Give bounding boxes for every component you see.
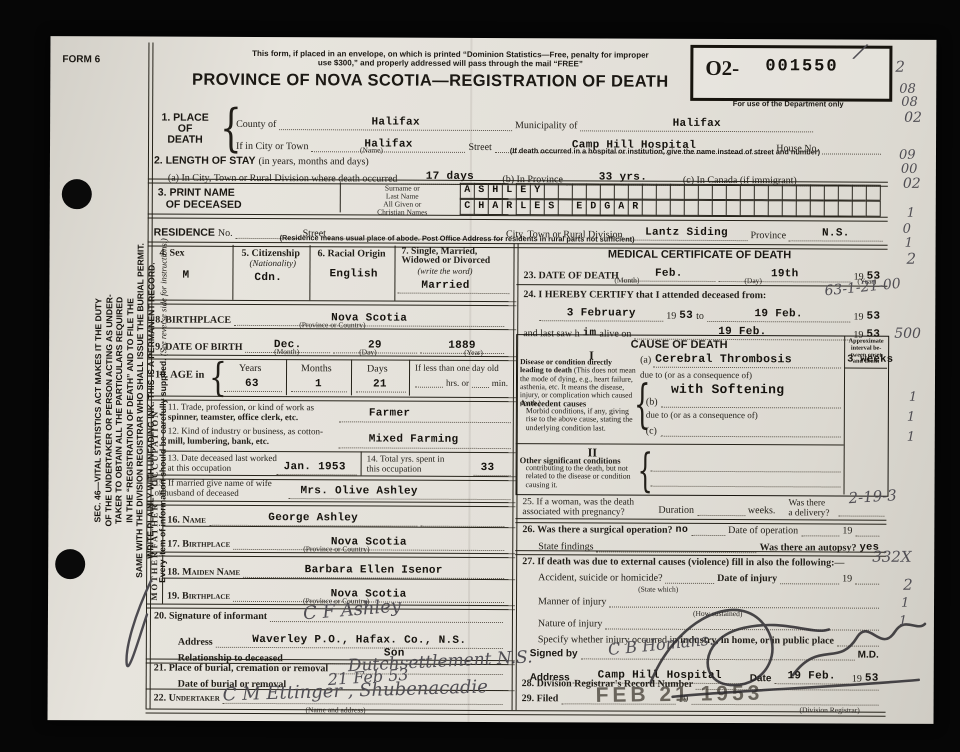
- birthplace-label: 8. BIRTHPLACE: [155, 315, 231, 326]
- letter-cell: H: [474, 199, 488, 215]
- rule: [339, 447, 511, 449]
- rule: [397, 293, 509, 294]
- rule: [356, 391, 406, 392]
- rule: [147, 354, 516, 361]
- letter-cell: [740, 200, 754, 216]
- margin-note: 1: [907, 206, 915, 221]
- municipality-value: Halifax: [673, 118, 721, 130]
- county-value: Halifax: [372, 116, 420, 128]
- age-hrs-label: hrs. or: [446, 378, 469, 388]
- total-years-value: 33: [481, 462, 495, 474]
- industry-label: 12. Kind of industry or business, as cot…: [168, 427, 323, 447]
- cause-c-label: (c): [646, 426, 657, 437]
- rule: [162, 578, 515, 581]
- operation-label: 26. Was there a surgical operation?: [522, 524, 672, 536]
- letter-cell: [810, 184, 824, 200]
- letter-cell: [558, 183, 572, 199]
- age-min-label: min.: [492, 378, 508, 388]
- age-months-label: Months: [301, 363, 332, 374]
- margin-note: 00: [901, 162, 918, 177]
- other-conditions-desc: contributing to the death, but not relat…: [526, 464, 640, 490]
- father-birthplace-label: 17. Birthplace: [167, 539, 230, 550]
- marital-label2: Widowed or Divorced: [401, 256, 490, 266]
- age-months-value: 1: [315, 378, 322, 390]
- letter-cell: [796, 184, 810, 200]
- form-number-label: FORM 6: [62, 54, 100, 65]
- margin-note: 02: [903, 176, 921, 192]
- rule: [351, 359, 352, 395]
- residence-province-label: Province: [750, 230, 786, 241]
- margin-note: 09: [899, 148, 916, 163]
- surname-sublabel: Surname orLast Name: [350, 184, 455, 199]
- age-label: 10. AGE in: [155, 370, 204, 381]
- letter-cell: [656, 200, 670, 216]
- letter-cell: [726, 184, 740, 200]
- weeks-label: weeks.: [748, 505, 776, 516]
- letter-cell: E: [572, 199, 586, 215]
- letter-cell: [782, 200, 796, 216]
- dod-day-sub: (Day): [744, 276, 762, 285]
- rule: [162, 555, 163, 604]
- letter-cell: [796, 200, 810, 216]
- letter-cell: [614, 184, 628, 200]
- rule: [162, 504, 163, 552]
- letter-cell: [600, 183, 614, 199]
- spouse-value: Mrs. Olive Ashley: [300, 485, 417, 498]
- letter-cell: [782, 184, 796, 200]
- margin-note: 1: [909, 390, 917, 405]
- mail-notice-line2: use $300,” and properly addressed will p…: [170, 58, 730, 69]
- age-days-value: 21: [373, 378, 387, 390]
- rule: [162, 526, 515, 529]
- margin-note: 1: [907, 410, 915, 425]
- place-of-death-label: 1. PLACEOFDEATH: [154, 113, 216, 146]
- handwritten-checkmark: [103, 576, 158, 676]
- registrar-signature: [633, 579, 934, 708]
- letter-cell: [712, 200, 726, 216]
- margin-note: 2-19-3: [848, 486, 897, 507]
- municipality-label: Municipality of: [515, 120, 578, 131]
- rule: [288, 498, 510, 500]
- street-note: (If death occurred in a hospital or inst…: [450, 146, 880, 157]
- margin-notes-layer: /2080802090002101263-1-21-005001112-19-3…: [50, 36, 936, 40]
- letter-cell: [740, 184, 754, 200]
- mother-birthplace-label: 19. Birthplace: [167, 591, 230, 602]
- cause-a2-value: with Softening: [671, 382, 784, 397]
- letter-cell: [754, 200, 768, 216]
- sex-value: M: [182, 270, 189, 282]
- print-name-label1: 3. PRINT NAME: [158, 187, 235, 199]
- residence-province-value: N.S.: [822, 227, 850, 239]
- letter-cell: [768, 200, 782, 216]
- certify-to: 19 Feb.: [754, 308, 802, 320]
- rule: [844, 368, 887, 369]
- father-name-row: 16. Name George Ashley: [167, 507, 507, 527]
- rule: [146, 551, 515, 558]
- county-label: County of: [236, 119, 276, 130]
- letter-cell: [642, 200, 656, 216]
- letter-cell: E: [530, 199, 544, 215]
- antecedent-desc: Morbid conditions, if any, giving rise t…: [526, 407, 638, 433]
- letter-cell: S: [544, 199, 558, 215]
- dod-day: 19th: [771, 268, 799, 280]
- certificate-paper: FORM 6 SEC. 46—VITAL STATISTICS ACT MAKE…: [48, 36, 937, 724]
- margin-note: 500: [894, 326, 921, 342]
- rule: [394, 246, 395, 301]
- letter-cell: Y: [530, 183, 544, 199]
- letter-cell: L: [516, 199, 530, 215]
- rule: [146, 708, 886, 716]
- letter-cell: [866, 201, 881, 217]
- father-side-label: FATHER: [149, 507, 159, 549]
- rule: [361, 451, 362, 475]
- dod-label: 23. DATE OF DEATH: [523, 270, 618, 281]
- pregnancy-duration-row: Duration weeks.: [658, 505, 778, 517]
- letter-cell: [852, 201, 866, 217]
- rule: [224, 391, 282, 392]
- residence-no-label: No.: [218, 228, 233, 239]
- date-of-birth-row: 9. DATE OF BIRTH Dec. 29 1889: [155, 334, 507, 355]
- registration-number-prefix: O2-: [705, 56, 739, 81]
- nature-label: Nature of injury: [538, 618, 602, 629]
- burial-place-label: 21. Place of burial, cremation or remova…: [154, 663, 328, 675]
- cause-title: CAUSE OF DEATH: [529, 338, 829, 351]
- letter-cell: [852, 185, 866, 201]
- rule: [838, 516, 884, 517]
- spouse-label: 15. If married give name of wifeor husba…: [154, 479, 271, 499]
- cause-due1: due to (or as a consequence of): [640, 370, 752, 380]
- letter-cell: [824, 184, 838, 200]
- rule: [339, 421, 511, 423]
- occupation-value: Farmer: [369, 407, 410, 419]
- rule: [291, 391, 347, 392]
- operation-date-label: Date of operation: [728, 525, 798, 536]
- age-days-label: Days: [367, 363, 388, 374]
- brace: {: [209, 354, 227, 400]
- mother-maiden-value: Barbara Ellen Isenor: [305, 564, 443, 577]
- letter-cell: C: [460, 199, 474, 215]
- print-name-label2: OF DECEASED: [166, 199, 242, 211]
- letter-cell: [866, 185, 881, 201]
- racial-origin-value: English: [329, 268, 377, 280]
- signed-by-label: Signed by: [530, 648, 578, 659]
- form-title: PROVINCE OF NOVA SCOTIA—REGISTRATION OF …: [145, 70, 715, 91]
- letter-cell: [684, 184, 698, 200]
- letter-cell: [838, 185, 852, 201]
- operation-row: 26. Was there a surgical operation? no D…: [522, 524, 882, 537]
- letter-cell: H: [488, 183, 502, 199]
- margin-note: 08: [901, 95, 918, 110]
- rule: [232, 245, 233, 300]
- margin-note: 1: [905, 236, 913, 251]
- letter-cell: [558, 199, 572, 215]
- total-years-label: 14. Total yrs. spent inthis occupation: [367, 454, 445, 473]
- citizenship-value: Cdn.: [254, 272, 282, 284]
- letter-cell: [544, 183, 558, 199]
- margin-note: 332X: [872, 548, 911, 566]
- letter-cell: [754, 184, 768, 200]
- margin-note: 2: [903, 576, 913, 594]
- letter-cell: [642, 184, 656, 200]
- last-worked-value: Jan. 1953: [284, 461, 346, 473]
- margin-note: 1: [899, 614, 907, 629]
- marital-sublabel: (write the word): [417, 266, 472, 276]
- letter-cell: [810, 200, 824, 216]
- mother-maiden-row: 18. Maiden Name Barbara Ellen Isenor: [167, 559, 507, 579]
- registration-number: 001550: [765, 57, 838, 76]
- medical-certificate-title: MEDICAL CERTIFICATE OF DEATH: [520, 248, 880, 262]
- filed-label: 29. Filed: [522, 693, 559, 704]
- letter-cell: A: [614, 200, 628, 216]
- letter-cell: S: [474, 183, 488, 199]
- punch-hole: [55, 549, 85, 579]
- letter-cell: A: [460, 183, 474, 199]
- letter-cell: G: [600, 199, 614, 215]
- margin-note: 1: [901, 596, 909, 611]
- marital-value: Married: [421, 280, 469, 292]
- dob-label: 9. DATE OF BIRTH: [155, 342, 242, 353]
- letter-cell: [824, 200, 838, 216]
- external-causes-label: 27. If death was due to external causes …: [522, 556, 844, 568]
- letter-cell: [768, 184, 782, 200]
- age-less-row: hrs. or min.: [415, 378, 511, 388]
- registration-box-caption: For use of the Department only: [690, 99, 886, 109]
- rule: [340, 182, 341, 212]
- cause-b-label: (b): [646, 397, 658, 408]
- rule: [309, 245, 310, 300]
- letter-cell: R: [628, 200, 642, 216]
- letter-cell: [670, 184, 684, 200]
- operation-value: no: [676, 525, 689, 536]
- industry-value: Mixed Farming: [369, 433, 459, 445]
- pregnancy-label: 25. If a woman, was the deathassociated …: [522, 497, 634, 517]
- margin-note: 2: [895, 58, 905, 76]
- letter-cell: R: [502, 199, 516, 215]
- margin-note: 02: [904, 110, 922, 126]
- letter-cell: [586, 183, 600, 199]
- margin-note: 2: [906, 250, 916, 268]
- letter-cell: [572, 183, 586, 199]
- city-label: If in City or Town: [236, 141, 309, 152]
- rule: [286, 359, 287, 395]
- scanned-death-certificate: FORM 6 SEC. 46—VITAL STATISTICS ACT MAKE…: [0, 0, 960, 752]
- letter-cell: A: [488, 199, 502, 215]
- cause-interval-value: 3 weeks: [847, 354, 893, 366]
- certify-label: 24. I HEREBY CERTIFY that I attended dec…: [523, 289, 766, 301]
- operation-pre: 19: [842, 526, 852, 537]
- margin-note: 1: [907, 430, 915, 445]
- cause-due2: due to (or as a consequence of): [646, 410, 758, 420]
- manner-label: Manner of injury: [538, 596, 606, 607]
- letter-cell: [628, 184, 642, 200]
- county-row: County of Halifax Municipality of Halifa…: [236, 111, 816, 133]
- informant-label: 20. Signature of informant: [154, 611, 267, 622]
- citizenship-sublabel: (Nationality): [249, 258, 296, 268]
- racial-origin-label: 6. Racial Origin: [318, 248, 386, 259]
- rule: [147, 327, 516, 330]
- residence-label: RESIDENCE: [154, 227, 215, 239]
- duration-label: Duration: [658, 505, 694, 516]
- surname-letter-grid: ASHLEY: [460, 183, 881, 201]
- city-subcaption: (Name): [360, 145, 383, 154]
- letter-cell: [838, 201, 852, 217]
- letter-cell: [726, 200, 740, 216]
- age-less-label: If less than one day old: [415, 363, 499, 373]
- letter-cell: [684, 200, 698, 216]
- margin-note: 0: [903, 222, 911, 237]
- delivery-label: Was therea delivery?: [788, 498, 829, 518]
- sex-label: 4. Sex: [160, 248, 185, 259]
- age-years-label: Years: [239, 363, 261, 374]
- dod-month: Feb.: [655, 268, 683, 280]
- rule: [147, 299, 516, 306]
- date-of-death-row: 23. DATE OF DEATH Feb. 19th 19 53: [523, 262, 883, 283]
- father-name-value: George Ashley: [268, 512, 358, 524]
- mother-maiden-label: 18. Maiden Name: [167, 567, 240, 578]
- given-names-letter-grid: CHARLESEDGAR: [460, 199, 881, 217]
- certify-from: 3 February: [567, 307, 636, 319]
- letter-cell: L: [502, 183, 516, 199]
- father-name-label: 16. Name: [167, 515, 206, 526]
- letter-cell: D: [586, 199, 600, 215]
- age-years-value: 63: [245, 378, 259, 390]
- last-worked-label: 13. Date deceased last workedat this occ…: [168, 454, 277, 473]
- dod-month-sub: (Month): [614, 276, 639, 285]
- rule: [409, 360, 410, 396]
- cause-a-label: (a): [640, 355, 651, 366]
- letter-cell: E: [516, 183, 530, 199]
- undertaker-label: 22. Undertaker: [154, 693, 220, 704]
- occupation-label: 11. Trade, profession, or kind of work a…: [168, 403, 314, 423]
- cause-a-value: Cerebral Thrombosis: [655, 353, 792, 367]
- letter-cell: [670, 200, 684, 216]
- punch-hole: [62, 179, 92, 209]
- letter-cell: [712, 184, 726, 200]
- letter-cell: [698, 200, 712, 216]
- letter-cell: [656, 184, 670, 200]
- letter-cell: [698, 184, 712, 200]
